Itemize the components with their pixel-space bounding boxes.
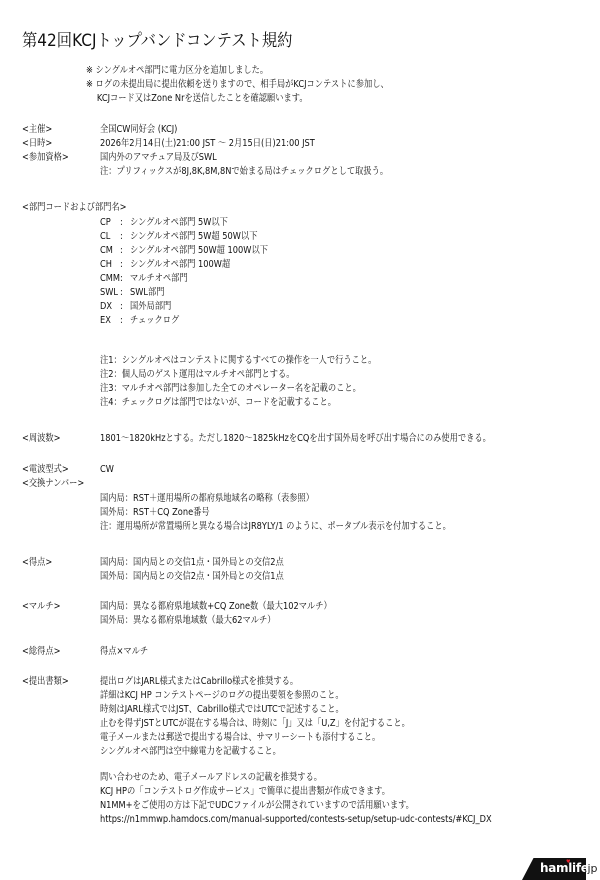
categories-label: <部門コードおよび部門名> — [22, 201, 127, 215]
points-line: 国内局：国内局との交信1点・国外局との交信2点 — [100, 556, 284, 570]
udc-url-link[interactable]: https://n1mmwp.hamdocs.com/manual-suppor… — [100, 813, 492, 827]
category-note: 注2：個人局のゲスト運用はマルチオペ部門とする。 — [100, 368, 295, 382]
category-code: EX — [100, 314, 115, 328]
multipliers-line: 国外局：異なる都府県地域数（最大62マルチ） — [100, 614, 276, 628]
notice-line: KCJコード又はZone Nrを送信したことを確認願います。 — [86, 92, 308, 106]
category-name: シングルオペ部門 100W超 — [130, 258, 230, 272]
submission-line: 時刻はJARL様式ではJST、Cabrillo様式ではUTCで記述すること。 — [100, 703, 344, 717]
exchange-line: 国内局：RST＋運用場所の都府県地域名の略称（表参照） — [100, 492, 314, 506]
category-name: シングルオペ部門 5W以下 — [130, 216, 228, 230]
frequency-value: 1801～1820kHzとする。ただし1820～1825kHzをCQを出す国外局… — [100, 432, 491, 446]
category-code: CM — [100, 244, 115, 258]
exchange-label: <交換ナンバー> — [22, 477, 84, 491]
category-code: SWL — [100, 286, 115, 300]
mode-value: CW — [100, 463, 114, 477]
category-separator: : — [120, 258, 123, 272]
logo-brand-text: hamlife — [540, 861, 589, 875]
frequency-label: <周波数> — [22, 432, 61, 446]
category-separator: : — [120, 314, 123, 328]
page-title: 第42回KCJトップバンドコンテスト規約 — [22, 26, 292, 51]
category-name: シングルオペ部門 50W超 100W以下 — [130, 244, 268, 258]
multipliers-label: <マルチ> — [22, 600, 61, 614]
eligibility-line: 国内外のアマチュア局及びSWL — [100, 151, 217, 165]
category-code: CMM — [100, 272, 115, 286]
category-note: 注1：シングルオペはコンテストに関するすべての操作を一人で行うこと。 — [100, 354, 376, 368]
category-separator: : — [120, 272, 123, 286]
category-name: シングルオペ部門 5W超 50W以下 — [130, 230, 257, 244]
submission-line: 電子メールまたは郵送で提出する場合は、サマリーシートも添付すること。 — [100, 731, 380, 745]
sponsor-value: 全国CW同好会 (KCJ) — [100, 123, 177, 137]
category-separator: : — [120, 286, 123, 300]
sponsor-label: <主催> — [22, 123, 52, 137]
datetime-value: 2026年2月14日(土)21:00 JST ～ 2月15日(日)21:00 J… — [100, 137, 315, 151]
category-code: CP — [100, 216, 115, 230]
heart-icon: ♥ — [566, 859, 570, 865]
submission-line: N1MM+をご使用の方は下記でUDCファイルが公開されていますので活用願います。 — [100, 799, 414, 813]
category-code: DX — [100, 300, 115, 314]
submission-label: <提出書類> — [22, 675, 69, 689]
total-score-label: <総得点> — [22, 645, 61, 659]
category-note: 注3：マルチオペ部門は参加した全てのオペレーター名を記載のこと。 — [100, 382, 361, 396]
hamlife-logo: hamlife ♥ .jp — [514, 854, 600, 880]
eligibility-note: 注：プリフィックスが8J,8K,8M,8Nで始まる局はチェックログとして取扱う。 — [100, 165, 388, 179]
notice-line: ※ ログの未提出局に提出依頼を送りますので、相手局がKCJコンテストに参加し、 — [86, 78, 389, 92]
category-code: CH — [100, 258, 115, 272]
category-code: CL — [100, 230, 115, 244]
category-separator: : — [120, 216, 123, 230]
category-separator: : — [120, 300, 123, 314]
mode-label: <電波型式> — [22, 463, 69, 477]
submission-line: 詳細はKCJ HP コンテストページのログの提出要領を参照のこと。 — [100, 689, 344, 703]
submission-line: シングルオペ部門は空中線電力を記載すること。 — [100, 745, 281, 759]
category-separator: : — [120, 230, 123, 244]
notice-line: ※ シングルオペ部門に電力区分を追加しました。 — [86, 64, 268, 78]
submission-line: 問い合わせのため、電子メールアドレスの記載を推奨する。 — [100, 771, 322, 785]
exchange-note: 注：運用場所が常置場所と異なる場合はJR8YLY/1 のように、ポータブル表示を… — [100, 520, 451, 534]
exchange-line: 国外局：RST＋CQ Zone番号 — [100, 506, 210, 520]
datetime-label: <日時> — [22, 137, 52, 151]
eligibility-label: <参加資格> — [22, 151, 69, 165]
submission-line: 提出ログはJARL様式またはCabrillo様式を推奨する。 — [100, 675, 298, 689]
multipliers-line: 国内局：異なる都府県地域数+CQ Zone数（最大102マルチ） — [100, 600, 332, 614]
category-name: 国外局部門 — [130, 300, 171, 314]
category-name: チェックログ — [130, 314, 179, 328]
category-note: 注4：チェックログは部門ではないが、コードを記載すること。 — [100, 396, 336, 410]
submission-line: KCJ HPの「コンテストログ作成サービス」で簡単に提出書類が作成できます。 — [100, 785, 390, 799]
total-score-value: 得点×マルチ — [100, 645, 148, 659]
category-name: SWL部門 — [130, 286, 164, 300]
points-line: 国外局：国内局との交信2点・国外局との交信1点 — [100, 570, 284, 584]
logo-tld-text: .jp — [584, 862, 598, 875]
points-label: <得点> — [22, 556, 52, 570]
category-name: マルチオペ部門 — [130, 272, 188, 286]
category-separator: : — [120, 244, 123, 258]
submission-line: 止むを得ずJSTとUTCが混在する場合は、時刻に「J」又は「U,Z」を付記するこ… — [100, 717, 410, 731]
